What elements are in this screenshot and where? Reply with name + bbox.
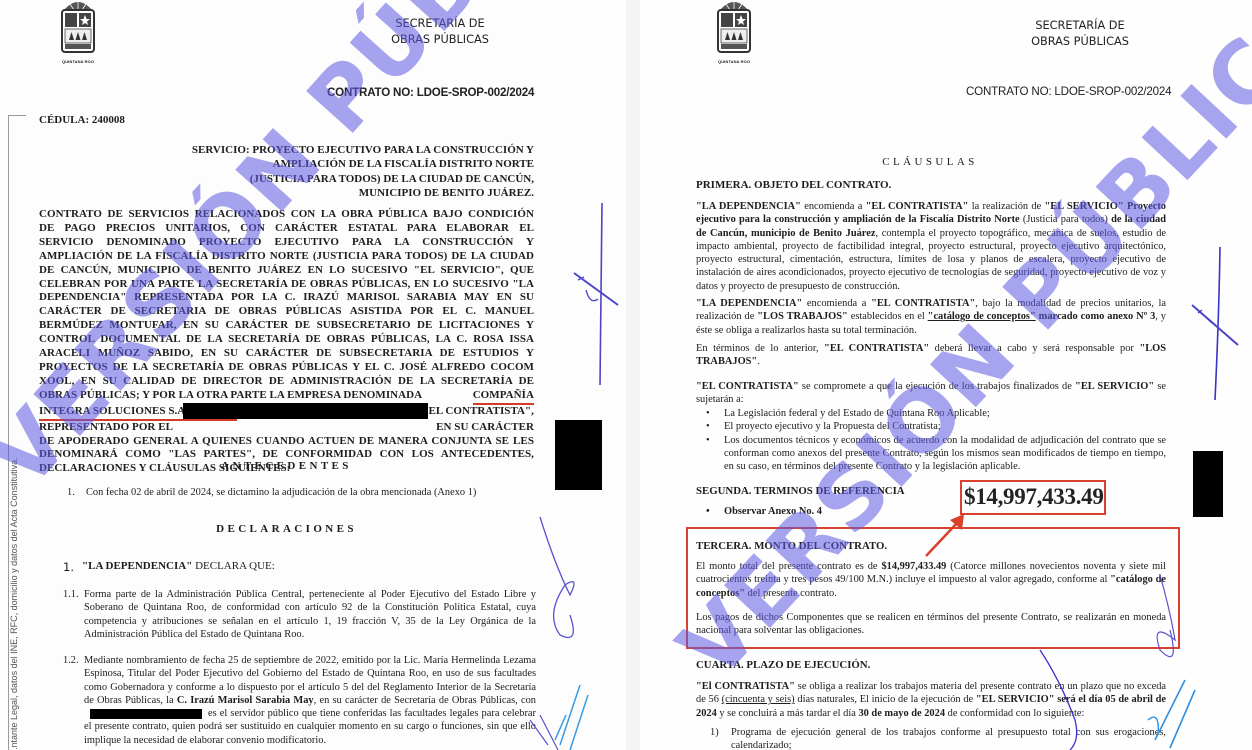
cuarta-paragraph-1: "El CONTRATISTA" se obliga a realizar lo… [696, 680, 1166, 720]
party-name: "LA DEPENDENCIA" [696, 298, 802, 309]
primera-paragraph-2: "LA DEPENDENCIA" encomienda a "EL CONTRA… [696, 297, 1166, 337]
text: días naturales, El inicio de la ejecució… [795, 694, 976, 705]
party-name: "LA DEPENDENCIA" [696, 201, 801, 212]
contract-amount: $14,997,433.49 [881, 561, 946, 572]
declaracion-1-number: 1. [63, 560, 74, 574]
secretaria-line-2: OBRAS PÚBLICAS [380, 32, 500, 48]
cuarta-item-1-number: 1) [710, 726, 719, 739]
logo-caption: QUINTANA ROO [56, 59, 100, 64]
text: encomienda a [801, 201, 866, 212]
contract-number: CONTRATO NO: LDOE-SROP-002/2024 [327, 86, 534, 99]
catalog-reference: "catálogo de conceptos" [928, 311, 1036, 322]
antecedente-1: Con fecha 02 de abril de 2024, se dictam… [86, 486, 536, 499]
servicio-line: MUNICIPIO DE BENITO JUÁREZ. [150, 186, 534, 200]
antecedente-1-number: 1. [67, 486, 75, 499]
text: El monto total del presente contrato es … [696, 561, 881, 572]
declaracion-1-2: Mediante nombramiento de fecha 25 de sep… [84, 654, 536, 747]
redaction-bar [183, 403, 428, 419]
annex-reference: marcado como anexo Nº 3 [1036, 311, 1156, 322]
intro-line: AMPLIACIÓN DE LA FISCALÍA DISTRITO NORTE… [39, 250, 534, 264]
primera-paragraph-4: "EL CONTRATISTA" se compromete a que la … [696, 380, 1166, 407]
party-name: "EL CONTRATISTA" [696, 381, 799, 392]
text: En términos de lo anterior, [696, 343, 824, 354]
margin-bracket [8, 115, 26, 116]
service-name: "EL SERVICIO" [976, 694, 1055, 705]
works: "LOS TRABAJOS" [757, 311, 848, 322]
cuarta-item-1: Programa de ejecución general de los tra… [731, 726, 1166, 750]
servicio-line: (JUSTICIA PARA TODOS) DE LA CIUDAD DE CA… [150, 172, 534, 186]
quintana-roo-logo: QUINTANA ROO [56, 0, 100, 64]
text: encomienda a [802, 298, 871, 309]
header-secretaria: SECRETARÍA DE OBRAS PÚBLICAS [380, 16, 500, 48]
company-name-highlight: COMPAÑÍA [473, 389, 534, 405]
servicio-line: AMPLIACIÓN DE LA FISCALÍA DISTRITO NORTE [150, 157, 534, 171]
declaraciones-title: DECLARACIONES [39, 523, 534, 535]
page-gap [626, 0, 640, 750]
intro-line: ARACELI MUÑOZ SABIDO, EN SU CARÁCTER DE … [39, 347, 534, 361]
primera-paragraph-1: "LA DEPENDENCIA" encomienda a "EL CONTRA… [696, 200, 1166, 293]
intro-line: BERMÚDEZ MONTUFAR, EN SU CARÁCTER DE SUB… [39, 319, 534, 333]
logo-caption: QUINTANA ROO [712, 59, 756, 64]
secretaria-line-1: SECRETARÍA DE [380, 16, 500, 32]
party-name: "EL CONTRATISTA" [871, 298, 975, 309]
quintana-roo-logo: QUINTANA ROO [712, 0, 756, 64]
text: y se concluirá a más tardar el día [717, 708, 859, 719]
amount-callout: $14,997,433.49 [964, 484, 1104, 510]
signature-initials-icon [550, 195, 626, 395]
text: la realización de [968, 201, 1044, 212]
party-name: "EL CONTRATISTA" [866, 201, 969, 212]
decl-name: C. Irazú Marisol Sarabia May [177, 695, 314, 706]
intro-line: DEPENDENCIA" REPRESENTADA POR LA C. IRAZ… [39, 291, 534, 305]
bullet-item: Observar Anexo No. 4 [696, 505, 822, 518]
bullet-item: La Legislación federal y del Estado de Q… [696, 407, 1166, 420]
declaracion-1-title: "LA DEPENDENCIA" DECLARA QUE: [82, 560, 275, 572]
declaracion-1-1: Forma parte de la Administración Pública… [84, 588, 536, 641]
intro-line: PROYECTOS DE LA SECRETARÍA DE OBRAS PÚBL… [39, 361, 534, 375]
intro-text: EN SU CARÁCTER [436, 421, 534, 435]
redaction-bar [90, 709, 202, 719]
clausulas-title: CLÁUSULAS [690, 156, 1170, 168]
tercera-paragraph-1: El monto total del presente contrato es … [696, 560, 1166, 600]
party-name: "EL CONTRATISTA" [824, 343, 929, 354]
intro-line: REPRESENTADO POR EL EN SU CARÁCTER [39, 421, 534, 435]
intro-line: XOOL, EN SU CALIDAD DE DIRECTOR DE ADMIN… [39, 375, 534, 389]
decl-text: , en su carácter de Secretaría de Obras … [314, 695, 536, 706]
servicio-block: SERVICIO: PROYECTO EJECUTIVO PARA LA CON… [150, 143, 534, 200]
party-name: "El CONTRATISTA" [696, 681, 795, 692]
intro-line: CONTROL DOCUMENTAL DE LA SECRETARÍA DE O… [39, 333, 534, 347]
segunda-bullet-list: Observar Anexo No. 4 [696, 505, 822, 518]
tercera-title: TERCERA. MONTO DEL CONTRATO. [696, 540, 887, 552]
intro-line: DE APODERADO GENERAL A QUIENES CUANDO AC… [39, 435, 534, 449]
contract-page-right: QUINTANA ROO SECRETARÍA DE OBRAS PÚBLICA… [640, 0, 1252, 750]
cuarta-title: CUARTA. PLAZO DE EJECUCIÓN. [696, 659, 870, 671]
contract-page-left: QUINTANA ROO SECRETARÍA DE OBRAS PÚBLICA… [0, 0, 626, 750]
contract-number: CONTRATO NO: LDOE-SROP-002/2024 [966, 85, 1171, 98]
bullet-item: El proyecto ejecutivo y la Propuesta del… [696, 420, 1166, 433]
bullet-item: Los documentos técnicos y económicos de … [696, 434, 1166, 474]
service-name: "EL SERVICIO" [1075, 381, 1154, 392]
duration-words: (cincuenta y seis) [722, 694, 795, 705]
contract-intro: CONTRATO DE SERVICIOS RELACIONADOS CON L… [39, 208, 534, 476]
servicio-line: SERVICIO: PROYECTO EJECUTIVO PARA LA CON… [150, 143, 534, 157]
signature-initials-icon [1180, 235, 1252, 405]
declaracion-1-2-number: 1.2. [63, 654, 79, 667]
intro-text: REPRESENTADO POR EL [39, 421, 173, 435]
header-secretaria: SECRETARÍA DE OBRAS PÚBLICAS [1020, 18, 1140, 50]
primera-bullet-list: La Legislación federal y del Estado de Q… [696, 407, 1166, 473]
text: se compromete a que la ejecución de los … [799, 381, 1075, 392]
end-date: 30 de mayo de 2024 [858, 708, 945, 719]
primera-paragraph-3: En términos de lo anterior, "EL CONTRATI… [696, 342, 1166, 369]
segunda-title: SEGUNDA. TERMINOS DE REFERENCIA [696, 485, 905, 497]
coat-of-arms-icon [56, 0, 100, 58]
declaracion-1-1-number: 1.1. [63, 588, 79, 601]
text: (Justicia para todos) [1020, 214, 1111, 225]
redaction-block [555, 420, 602, 490]
antecedentes-title: ANTECEDENTES [39, 460, 534, 472]
secretaria-line-1: SECRETARÍA DE [1020, 18, 1140, 34]
text: establecidos en el [848, 311, 928, 322]
text: . [757, 356, 760, 367]
secretaria-line-2: OBRAS PÚBLICAS [1020, 34, 1140, 50]
text: del presente contrato. [745, 588, 837, 599]
intro-line: CONTRATO DE SERVICIOS RELACIONADOS CON L… [39, 208, 534, 222]
primera-title: PRIMERA. OBJETO DEL CONTRATO. [696, 179, 891, 191]
cedula: CÉDULA: 240008 [39, 114, 125, 126]
intro-line: CELEBRAN POR UNA PARTE LA SECRETARÍA DE … [39, 278, 534, 292]
redaction-block [1193, 451, 1223, 517]
text: de conformidad con lo siguiente: [945, 708, 1084, 719]
intro-line: CARÁCTER DE SECRETARIA DE OBRAS PÚBLICAS… [39, 305, 534, 319]
intro-line: DE CANCÚN, MUNICIPIO DE BENITO JUÁREZ EN… [39, 264, 534, 278]
coat-of-arms-icon [712, 0, 756, 58]
declaracion-1-text: DECLARA QUE: [192, 560, 275, 572]
declaracion-1-party: "LA DEPENDENCIA" [82, 560, 192, 572]
text: deberá llevar a cabo y será responsable … [929, 343, 1139, 354]
tercera-paragraph-2: Los pagos de dichos Componentes que se r… [696, 611, 1166, 638]
intro-line: SERVICIO DENOMINADO PROYECTO EJECUTIVO P… [39, 236, 534, 250]
margin-note: ...ntante Legal, datos del INE, RFC, dom… [9, 375, 19, 750]
intro-line: DE PAGO PRECIOS UNITARIOS, CON CARÁCTER … [39, 222, 534, 236]
